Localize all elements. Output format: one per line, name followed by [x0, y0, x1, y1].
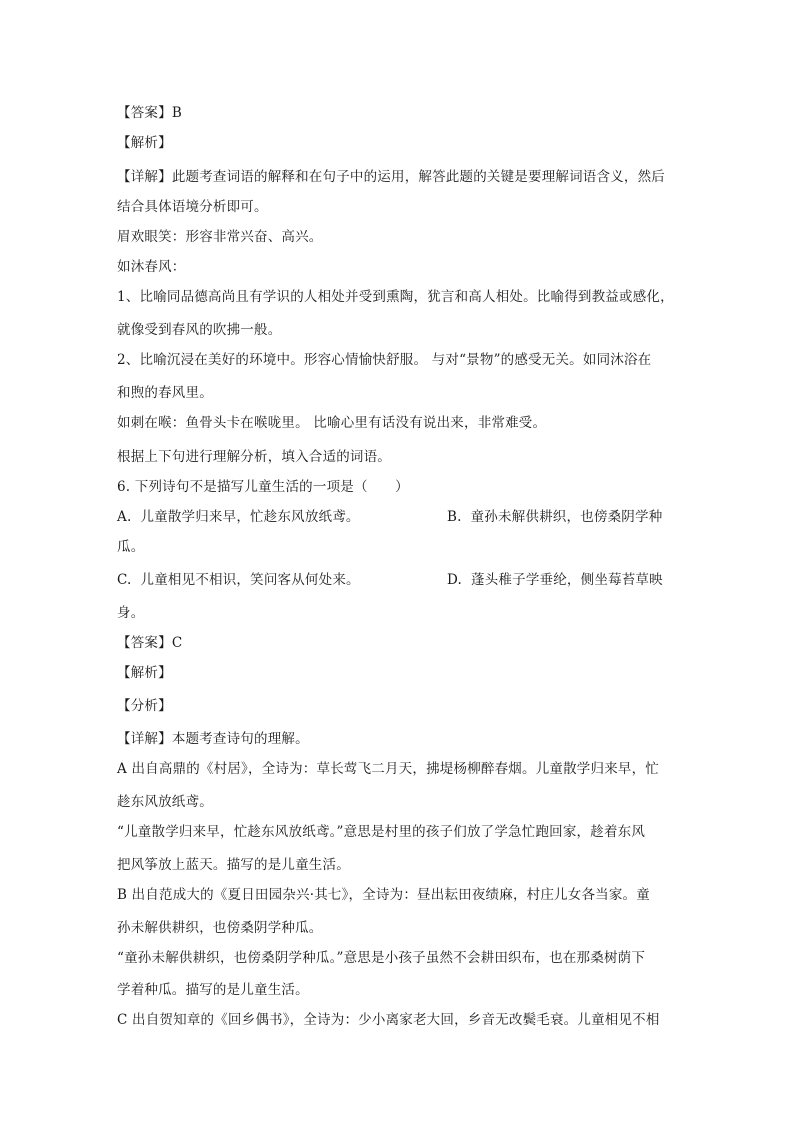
answer-tag: 【答案】 [117, 635, 172, 651]
explanation-line: 趁东风放纸鸢。 [117, 792, 213, 812]
explanation-line: “儿童散学归来早，忙趁东风放纸鸢。”意思是村里的孩子们放了学急忙跑回家，趁着东风 [117, 822, 645, 842]
answer-tag: 【答案】 [117, 105, 172, 121]
option-b: B. 童孙未解供耕织，也傍桑阴学种 [447, 507, 662, 527]
paragraph-line: 眉欢眼笑：形容非常兴奋、高兴。 [117, 227, 323, 247]
answer-value: B [172, 105, 182, 121]
q6-options-row-2: C. 儿童相见不相识，笑问客从何处来。 D. 蓬头稚子学垂纶，侧坐莓苔草映 [117, 570, 679, 590]
option-a: A. 儿童散学归来早，忙趁东风放纸鸢。 [117, 509, 360, 525]
explanation-line: A 出自高鼎的《村居》，全诗为：草长莺飞二月天，拂堤杨柳醉春烟。儿童散学归来早，… [117, 759, 659, 779]
explanation-line: 把风筝放上蓝天。描写的是儿童生活。 [117, 855, 350, 875]
option-b-wrap: 瓜。 [117, 537, 144, 557]
q6-answer-line: 【答案】C [117, 633, 182, 653]
explanation-line: B 出自范成大的《夏日田园杂兴·其七》，全诗为：昼出耘田夜绩麻，村庄儿女各当家。… [117, 885, 650, 905]
detail-text: 本题考查诗句的理解。 [172, 731, 309, 747]
explanation-line: 孙未解供耕织，也傍桑阴学种瓜。 [117, 918, 323, 938]
detail-tag: 【详解】 [117, 169, 172, 185]
paragraph-line: 如沐春风： [117, 257, 186, 277]
q5-detail-line-1: 【详解】此题考查词语的解释和在句子中的运用，解答此题的关键是要理解词语含义，然后 [117, 167, 665, 187]
q5-analysis-tag: 【解析】 [117, 133, 172, 153]
paragraph-line: 2、比喻沉浸在美好的环境中。形容心情愉快舒服。 与对“景物”的感受无关。如同沐浴… [117, 350, 651, 370]
answer-value: C [172, 635, 183, 651]
explanation-line: 学着种瓜。描写的是儿童生活。 [117, 980, 309, 1000]
q6-analyze-tag: 【分析】 [117, 696, 172, 716]
paragraph-line: 1、比喻同品德高尚且有学识的人相处并受到熏陶，犹言和高人相处。比喻得到教益或感化… [117, 287, 674, 307]
q6-stem: 6. 下列诗句不是描写儿童生活的一项是（ ） [117, 477, 409, 497]
detail-text: 此题考查词语的解释和在句子中的运用，解答此题的关键是要理解词语含义，然后 [172, 169, 665, 185]
option-c: C. 儿童相见不相识，笑问客从何处来。 [117, 572, 360, 588]
q6-options-row-1: A. 儿童散学归来早，忙趁东风放纸鸢。 B. 童孙未解供耕织，也傍桑阴学种 [117, 507, 679, 527]
paragraph-line: 就像受到春风的吹拂一般。 [117, 320, 281, 340]
detail-tag: 【详解】 [117, 731, 172, 747]
paragraph-line: 如刺在喉：鱼骨头卡在喉咙里。 比喻心里有话没有说出来，非常难受。 [117, 413, 546, 433]
q5-answer-line: 【答案】B [117, 103, 182, 123]
option-d: D. 蓬头稚子学垂纶，侧坐莓苔草映 [447, 570, 663, 590]
q5-detail-line-2: 结合具体语境分析即可。 [117, 197, 268, 217]
explanation-line: C 出自贺知章的《回乡偶书》，全诗为：少小离家老大回，乡音无改鬓毛衰。儿童相见不… [117, 1010, 660, 1030]
explanation-line: “童孙未解供耕织，也傍桑阴学种瓜。”意思是小孩子虽然不会耕田织布，也在那桑树荫下 [117, 948, 645, 968]
option-d-wrap: 身。 [117, 603, 144, 623]
paragraph-line: 根据上下句进行理解分析，填入合适的词语。 [117, 447, 391, 467]
q6-analysis-tag: 【解析】 [117, 663, 172, 683]
q6-detail-line: 【详解】本题考查诗句的理解。 [117, 729, 309, 749]
paragraph-line: 和煦的春风里。 [117, 383, 213, 403]
